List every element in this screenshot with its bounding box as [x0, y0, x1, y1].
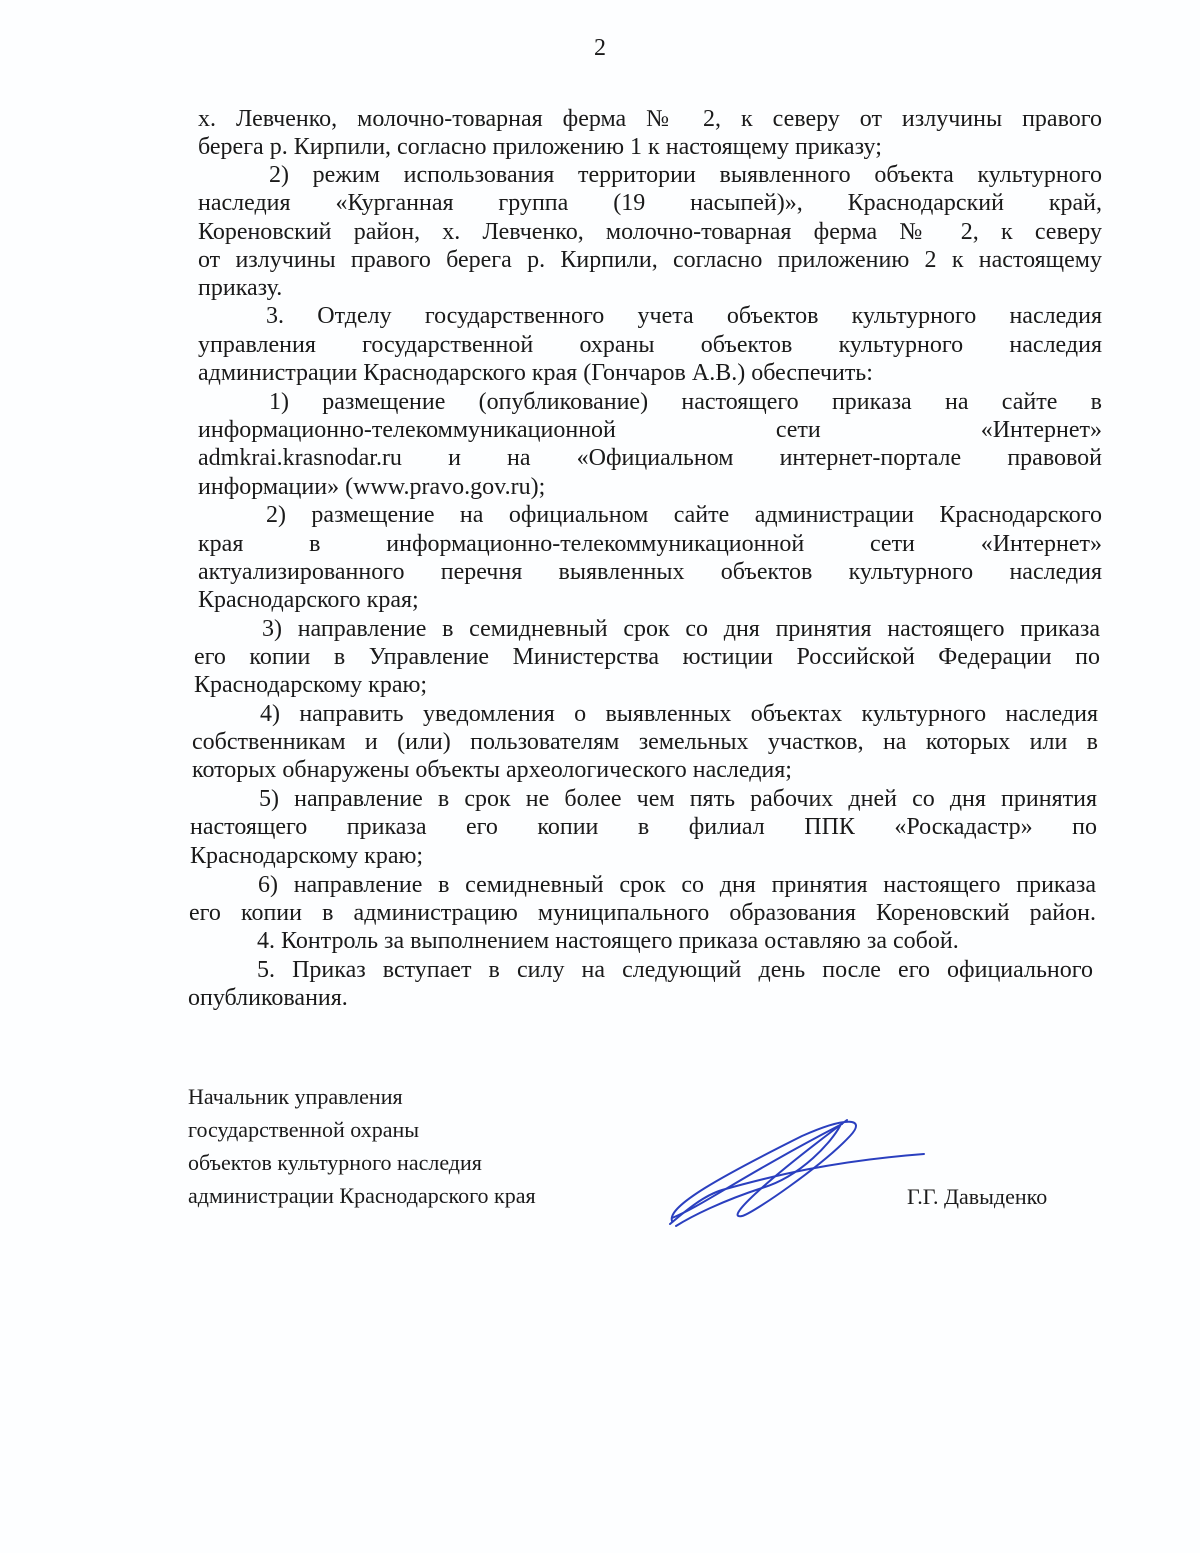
paragraph-line: admkrai.krasnodar.ru и на «Официальном и… — [198, 444, 1102, 472]
paragraph-line: берега р. Кирпили, согласно приложению 1… — [198, 133, 882, 161]
paragraph-line: 3. Отделу государственного учета объекто… — [266, 302, 1102, 330]
paragraph-line: опубликования. — [188, 984, 348, 1012]
paragraph-line: которых обнаружены объекты археологическ… — [192, 756, 792, 784]
paragraph-line: информации» (www.pravo.gov.ru); — [198, 473, 545, 501]
paragraph-line: 5) направление в срок не более чем пять … — [259, 785, 1097, 813]
paragraph-line: 6) направление в семидневный срок со дня… — [258, 871, 1096, 899]
paragraph-line: настоящего приказа его копии в филиал ПП… — [190, 813, 1097, 841]
document-page: 2 х. Левченко, молочно-товарная ферма № … — [0, 0, 1200, 1553]
paragraph-line: актуализированного перечня выявленных об… — [198, 558, 1102, 586]
signer-position-line: администрации Краснодарского края — [188, 1182, 536, 1210]
paragraph-line: приказу. — [198, 274, 282, 302]
paragraph-line: 5. Приказ вступает в силу на следующий д… — [257, 956, 1093, 984]
paragraph-line: его копии в администрацию муниципального… — [189, 899, 1096, 927]
paragraph-line: управления государственной охраны объект… — [198, 331, 1102, 359]
signer-position-line: Начальник управления — [188, 1083, 403, 1111]
paragraph-line: его копии в Управление Министерства юсти… — [194, 643, 1100, 671]
handwritten-signature-icon — [662, 1106, 942, 1236]
paragraph-line: Кореновский район, х. Левченко, молочно-… — [198, 218, 1102, 246]
paragraph-line: 4. Контроль за выполнением настоящего пр… — [257, 927, 959, 955]
page-number: 2 — [0, 33, 1200, 63]
signer-name: Г.Г. Давыденко — [907, 1183, 1047, 1211]
paragraph-line: Краснодарского края; — [198, 586, 419, 614]
paragraph-line: 3) направление в семидневный срок со дня… — [262, 615, 1100, 643]
paragraph-line: собственникам и (или) пользователям земе… — [192, 728, 1098, 756]
paragraph-line: 2) режим использования территории выявле… — [269, 161, 1102, 189]
paragraph-line: от излучины правого берега р. Кирпили, с… — [198, 246, 1102, 274]
paragraph-line: 1) размещение (опубликование) настоящего… — [269, 388, 1102, 416]
paragraph-line: 4) направить уведомления о выявленных об… — [260, 700, 1098, 728]
paragraph-line: х. Левченко, молочно-товарная ферма № 2,… — [198, 105, 1102, 133]
paragraph-line: информационно-телекоммуникационной сети … — [198, 416, 1102, 444]
paragraph-line: 2) размещение на официальном сайте админ… — [266, 501, 1102, 529]
signer-position-line: государственной охраны — [188, 1116, 419, 1144]
paragraph-line: Краснодарскому краю; — [190, 842, 423, 870]
paragraph-line: наследия «Курганная группа (19 насыпей)»… — [198, 189, 1102, 217]
paragraph-line: края в информационно-телекоммуникационно… — [198, 530, 1102, 558]
paragraph-line: администрации Краснодарского края (Гонча… — [198, 359, 873, 387]
paragraph-line: Краснодарскому краю; — [194, 671, 427, 699]
signer-position-line: объектов культурного наследия — [188, 1149, 482, 1177]
